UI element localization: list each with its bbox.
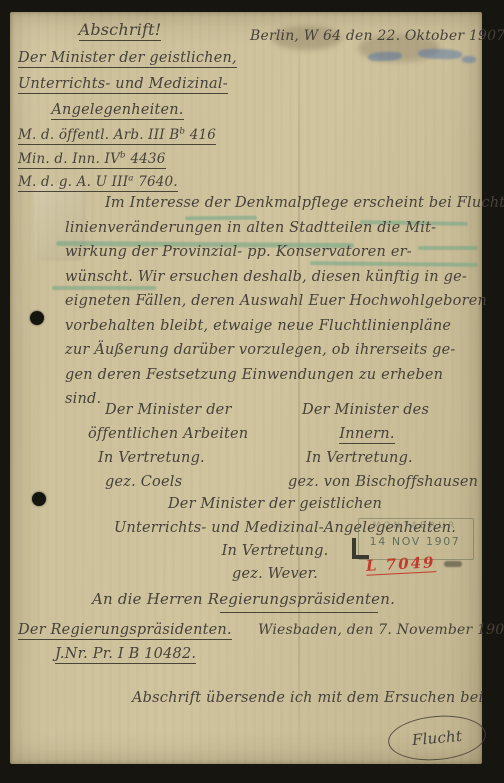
receipt-stamp-date: 14 NOV 1907 [360,535,470,548]
green-highlight-wuenscht [52,286,156,290]
signature-right-name: gez. von Bischoffshausen [288,474,478,490]
signature-right-line-3: In Vertretung. [306,450,413,466]
ink-smudge-dash [444,561,462,567]
paper-sheet: Abschrift! Der Minister der geistlichen,… [10,12,482,764]
forwarding-closing-line: Abschrift übersende ich mit dem Ersuchen… [132,690,483,706]
signature-left-line-2: öffentlichen Arbeiten [88,426,248,442]
circled-subject-text: Flucht [411,727,463,749]
signature-left-line-3: In Vertretung. [98,450,205,466]
signature-right-line-2: Innern. [302,426,432,442]
receipt-stamp-place: MONTABAUR [360,521,470,531]
file-reference-2: Min. d. Inn. IVb 4436 [18,150,166,167]
fold-crease [298,12,300,764]
body-line-2: linienveränderungen in alten Stadtteilen… [65,220,436,236]
circled-subject-note: Flucht [386,712,487,764]
section-divider-rule [220,612,378,613]
hole-punch-bottom [32,492,46,506]
signature-center-line-1: Der Minister der geistlichen [150,496,400,512]
dateline-berlin: Berlin, W 64 den 22. Oktober 1907. [250,28,504,44]
signature-right-line-1: Der Minister des [302,402,429,418]
file-reference-1: M. d. öffentl. Arb. III Bb 416 [18,126,216,143]
forwarding-journal-number: J.Nr. Pr. I B 10482. [55,646,196,662]
file-reference-3: M. d. g. A. U IIIa 7640. [18,173,178,190]
sender-line-3: Angelegenheiten. [35,102,200,118]
hole-punch-top [30,311,44,325]
signature-center-name: gez. Wever. [160,566,390,582]
sender-line-2: Unterrichts- und Medizinal- [18,76,228,92]
body-line-6: vorbehalten bleibt, etwaige neue Fluchtl… [65,318,451,334]
sender-line-1: Der Minister der geistlichen, [18,50,237,66]
body-line-1: Im Interesse der Denkmalpflege erscheint… [105,195,504,211]
body-line-8: gen deren Festsetzung Einwendungen zu er… [65,367,443,383]
dateline-wiesbaden: Wiesbaden, den 7. November 1907. [258,622,504,638]
signature-left-line-1: Der Minister der [105,402,232,418]
body-line-3: wirkung der Provinzial- pp. Konservatore… [65,244,412,260]
body-line-4: wünscht. Wir ersuchen deshalb, diesen kü… [65,269,467,285]
body-line-7: zur Äußerung darüber vorzulegen, ob ihre… [65,342,456,358]
body-line-9: sind. [65,391,101,407]
address-line: An die Herren Regierungspräsidenten. [92,590,395,608]
signature-left-name: gez. Coels [105,474,182,490]
copy-label-text: Abschrift! [79,20,162,41]
green-highlight-konservatoren [310,261,478,267]
red-registry-number: L 7049 [366,553,436,576]
blue-pencil-mark-3 [462,56,476,63]
forwarding-office: Der Regierungspräsidenten. [18,622,232,638]
scanned-archival-letter: { "doc": { "copy_label": "Abschrift!", "… [0,0,504,783]
body-line-5: eigneten Fällen, deren Auswahl Euer Hoch… [65,293,487,309]
green-highlight-die-mit [418,246,478,250]
copy-label: Abschrift! [60,20,180,39]
